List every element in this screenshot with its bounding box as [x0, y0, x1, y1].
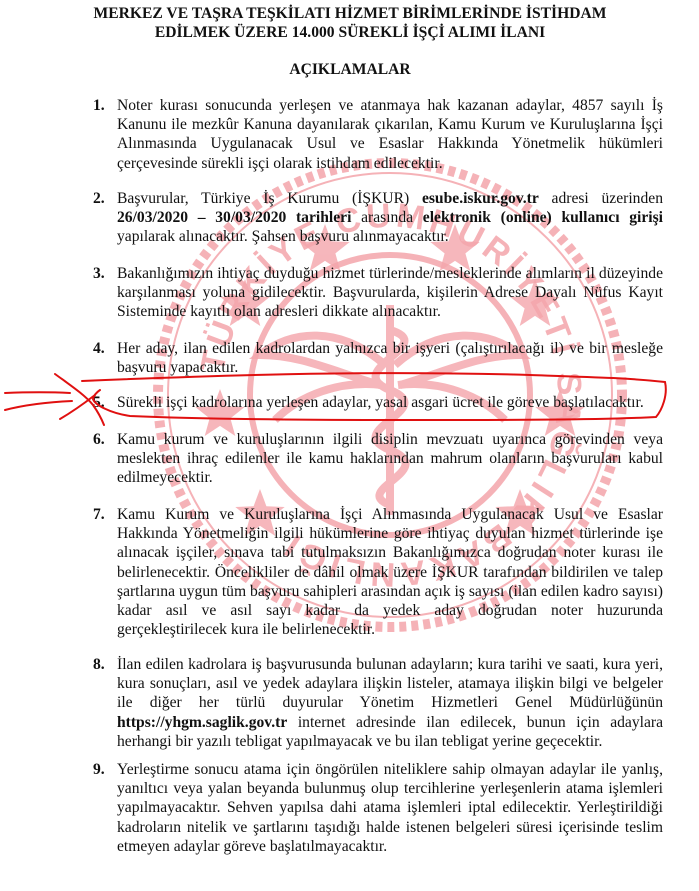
text-segment: Sürekli işçi kadrolarına yerleşen adayla…: [117, 394, 644, 411]
item-number: 9.: [93, 760, 115, 779]
list-item: 1.Noter kurası sonucunda yerleşen ve ata…: [93, 96, 663, 173]
list-item: 9.Yerleştirme sonucu atama için öngörüle…: [93, 760, 663, 856]
item-number: 4.: [93, 339, 115, 358]
text-segment: İlan edilen kadrolara iş başvurusunda bu…: [117, 656, 663, 711]
bold-text: esube.iskur.gov.tr: [422, 190, 539, 207]
item-number: 2.: [93, 189, 115, 208]
text-segment: Her aday, ilan edilen kadrolardan yalnız…: [117, 340, 663, 376]
item-number: 1.: [93, 96, 115, 115]
document-title: MERKEZ VE TAŞRA TEŞKİLATI HİZMET BİRİMLE…: [60, 4, 640, 42]
text-segment: Bakanlığımızın ihtiyaç duyduğu hizmet tü…: [117, 265, 663, 320]
text-segment: Başvurular, Türkiye İş Kurumu (İŞKUR): [117, 190, 422, 207]
document-page: MERKEZ VE TAŞRA TEŞKİLATI HİZMET BİRİMLE…: [0, 0, 699, 891]
text-segment: Kamu kurum ve kuruluşlarının ilgili disi…: [117, 431, 663, 486]
list-item: 4.Her aday, ilan edilen kadrolardan yaln…: [93, 339, 663, 377]
item-number: 3.: [93, 264, 115, 283]
section-heading: AÇIKLAMALAR: [60, 61, 640, 79]
item-text: Kamu kurum ve kuruluşlarının ilgili disi…: [117, 430, 663, 488]
list-item: 5.Sürekli işçi kadrolarına yerleşen aday…: [93, 393, 663, 412]
item-text: Bakanlığımızın ihtiyaç duyduğu hizmet tü…: [117, 264, 663, 322]
title-line-1: MERKEZ VE TAŞRA TEŞKİLATI HİZMET BİRİMLE…: [60, 4, 640, 23]
title-line-2: EDİLMEK ÜZERE 14.000 SÜREKLİ İŞÇİ ALIMI …: [60, 23, 640, 42]
item-text: İlan edilen kadrolara iş başvurusunda bu…: [117, 655, 663, 751]
bold-text: elektronik (online) kullanıcı girişi: [423, 209, 663, 226]
text-segment: arasında: [351, 209, 422, 226]
list-item: 8.İlan edilen kadrolara iş başvurusunda …: [93, 655, 663, 751]
bold-text: https://yhgm.saglik.gov.tr: [117, 714, 287, 731]
text-segment: Yerleştirme sonucu atama için öngörülen …: [117, 761, 663, 855]
text-segment: adresi üzerinden: [539, 190, 663, 207]
item-number: 6.: [93, 430, 115, 449]
text-segment: Noter kurası sonucunda yerleşen ve atanm…: [117, 97, 663, 172]
item-number: 8.: [93, 655, 115, 674]
list-item: 6.Kamu kurum ve kuruluşlarının ilgili di…: [93, 430, 663, 488]
item-text: Noter kurası sonucunda yerleşen ve atanm…: [117, 96, 663, 173]
text-segment: Kamu Kurum ve Kuruluşlarına İşçi Alınmas…: [117, 506, 663, 638]
text-segment: yapılarak alınacaktır. Şahsen başvuru al…: [117, 228, 449, 245]
item-text: Her aday, ilan edilen kadrolardan yalnız…: [117, 339, 663, 377]
list-item: 2.Başvurular, Türkiye İş Kurumu (İŞKUR) …: [93, 189, 663, 247]
item-number: 7.: [93, 505, 115, 524]
item-text: Başvurular, Türkiye İş Kurumu (İŞKUR) es…: [117, 189, 663, 247]
item-number: 5.: [93, 393, 115, 412]
list-item: 7.Kamu Kurum ve Kuruluşlarına İşçi Alınm…: [93, 505, 663, 639]
item-text: Yerleştirme sonucu atama için öngörülen …: [117, 760, 663, 856]
item-text: Kamu Kurum ve Kuruluşlarına İşçi Alınmas…: [117, 505, 663, 639]
bold-text: 26/03/2020 – 30/03/2020 tarihleri: [117, 209, 351, 226]
list-item: 3.Bakanlığımızın ihtiyaç duyduğu hizmet …: [93, 264, 663, 322]
item-text: Sürekli işçi kadrolarına yerleşen adayla…: [117, 393, 663, 412]
